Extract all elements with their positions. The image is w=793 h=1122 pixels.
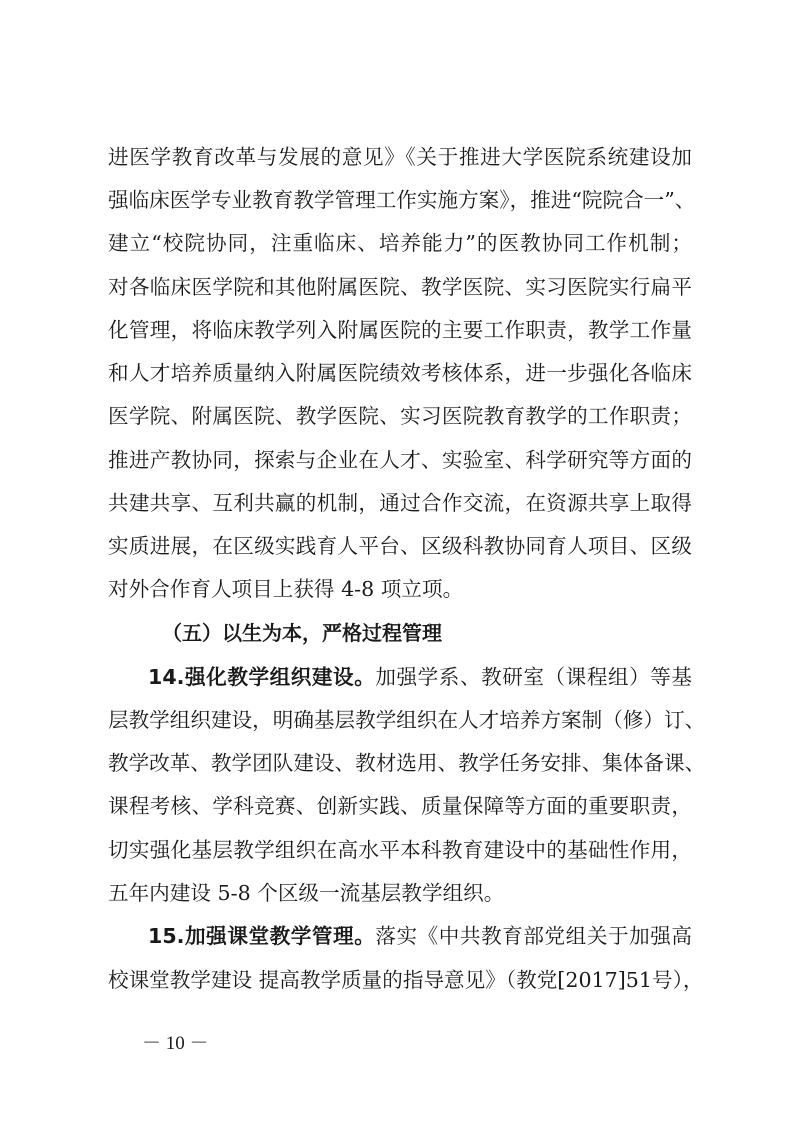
paragraph-line: 强临床医学专业教育教学管理工作实施方案》，推进“院院合一”、 [108, 185, 692, 215]
item-15-text: 落实《中共教育部党组关于加强高 [375, 924, 692, 948]
paragraph-line: 医学院、附属医院、教学医院、实习医院教育教学的工作职责； [108, 401, 692, 431]
paragraph-line: 和人才培养质量纳入附属医院绩效考核体系，进一步强化各临床 [108, 358, 692, 388]
paragraph-line: 层教学组织建设，明确基层教学组织在人才培养方案制（修）订、 [108, 705, 692, 735]
paragraph-line: 推进产教协同，探索与企业在人才、实验室、科学研究等方面的 [108, 445, 692, 475]
item-14-title: 14.强化教学组织建设。 [148, 665, 375, 689]
item-14-text: 加强学系、教研室（课程组）等基 [375, 665, 692, 689]
section-heading: （五）以生为本，严格过程管理 [162, 618, 746, 648]
paragraph-line: 建立“校院协同，注重临床、培养能力”的医教协同工作机制； [108, 228, 692, 258]
paragraph-line: 共建共享、互利共赢的机制，通过合作交流，在资源共享上取得 [108, 488, 692, 518]
paragraph-line: 实质进展，在区级实践育人平台、区级科教协同育人项目、区级 [108, 531, 692, 561]
paragraph-line: 对外合作育人项目上获得 4-8 项立项。 [108, 574, 692, 604]
document-page: 进医学教育改革与发展的意见》《关于推进大学医院系统建设加 强临床医学专业教育教学… [0, 0, 793, 1122]
paragraph-line: 五年内建设 5-8 个区级一流基层教学组织。 [108, 878, 692, 908]
paragraph-line: 校课堂教学建设 提高教学质量的指导意见》（教党[2017]51号）， [108, 965, 692, 995]
paragraph-line: 化管理，将临床教学列入附属医院的主要工作职责，教学工作量 [108, 315, 692, 345]
paragraph-line: 切实强化基层教学组织在高水平本科教育建设中的基础性作用， [108, 835, 692, 865]
item-14-first-line: 14.强化教学组织建设。加强学系、教研室（课程组）等基 [148, 662, 692, 692]
paragraph-line: 对各临床医学院和其他附属医院、教学医院、实习医院实行扁平 [108, 272, 692, 302]
paragraph-line: 课程考核、学科竞赛、创新实践、质量保障等方面的重要职责， [108, 791, 692, 821]
page-number: － 10 － [142, 1028, 209, 1055]
item-15-title: 15.加强课堂教学管理。 [148, 924, 375, 948]
item-15-first-line: 15.加强课堂教学管理。落实《中共教育部党组关于加强高 [148, 921, 692, 951]
paragraph-line: 教学改革、教学团队建设、教材选用、教学任务安排、集体备课、 [108, 748, 692, 778]
paragraph-line: 进医学教育改革与发展的意见》《关于推进大学医院系统建设加 [108, 142, 692, 172]
